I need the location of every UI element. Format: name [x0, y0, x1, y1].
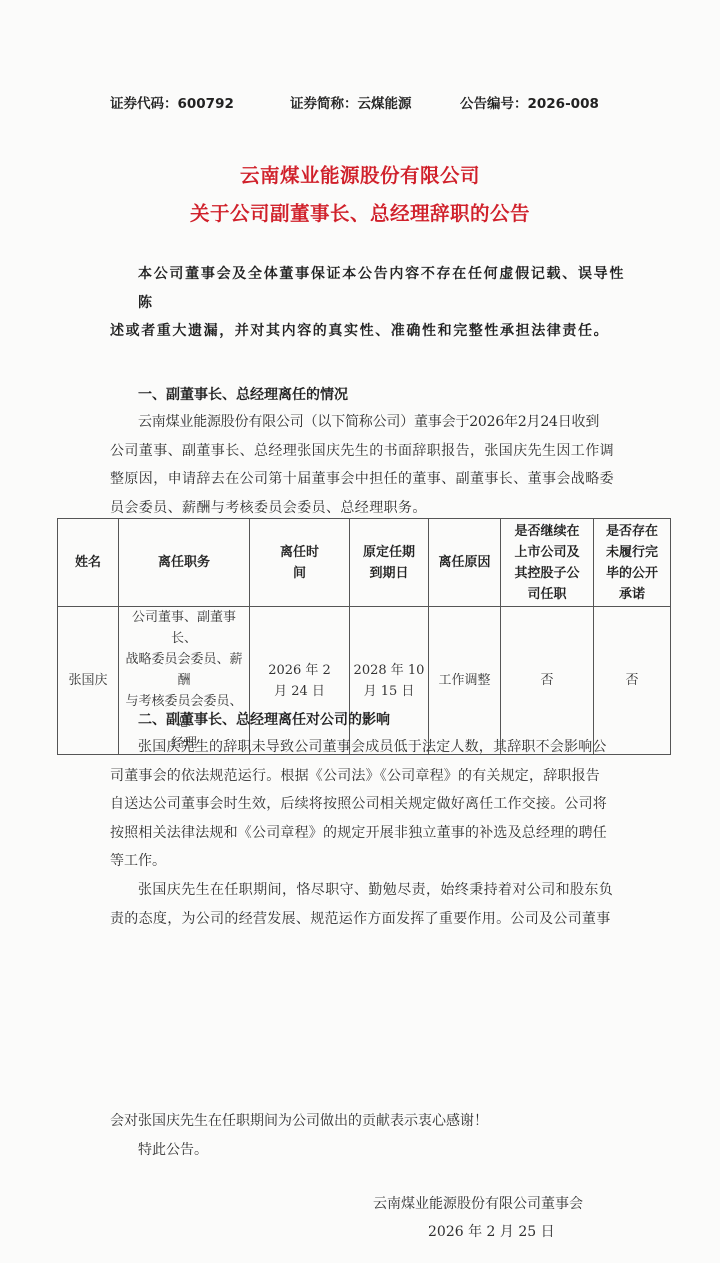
- closing-text: 特此公告。: [138, 1136, 648, 1165]
- signature-organization: 云南煤业能源股份有限公司董事会: [373, 1193, 583, 1213]
- section1-paragraph: 云南煤业能源股份有限公司（以下简称公司）董事会于2026年2月24日收到 公司董…: [110, 408, 622, 522]
- section2-paragraph-1: 张国庆先生的辞职未导致公司董事会成员低于法定人数，其辞职不会影响公 司董事会的依…: [110, 733, 622, 876]
- header-name: 姓名: [58, 519, 119, 607]
- header-position: 离任职务: [119, 519, 250, 607]
- company-title: 云南煤业能源股份有限公司: [0, 160, 720, 188]
- board-statement: 本公司董事会及全体董事保证本公告内容不存在任何虚假记载、误导性陈 述或者重大遗漏…: [110, 260, 625, 346]
- section2-heading: 二、副董事长、总经理离任对公司的影响: [138, 709, 390, 729]
- header-continue-in-company: 是否继续在上市公司及其控股子公司任职: [501, 519, 594, 607]
- header-term-end: 原定任期到期日: [350, 519, 429, 607]
- header-unfulfilled-commitment: 是否存在未履行完毕的公开承诺: [594, 519, 671, 607]
- header-reason: 离任原因: [429, 519, 501, 607]
- table-header-row: 姓名 离任职务 离任时间 原定任期到期日 离任原因 是否继续在上市公司及其控股子…: [58, 519, 671, 607]
- section1-heading: 一、副董事长、总经理离任的情况: [138, 384, 348, 404]
- announcement-meta: 证券代码：600792 证券简称：云煤能源 公告编号：2026-008: [110, 92, 630, 112]
- section2-line: 自送达公司董事会时生效，后续将按照公司相关规定做好离任工作交接。公司将: [110, 790, 622, 819]
- section2-line: 等工作。: [110, 847, 622, 876]
- header-departure-date: 离任时间: [250, 519, 350, 607]
- statement-line-2: 述或者重大遗漏，并对其内容的真实性、准确性和完整性承担法律责任。: [110, 317, 625, 346]
- section2-paragraph-2: 张国庆先生在任职期间，恪尽职守、勤勉尽责，始终秉持着对公司和股东负 责的态度，为…: [110, 876, 622, 933]
- section2-line: 司董事会的依法规范运行。根据《公司法》《公司章程》的有关规定，辞职报告: [110, 762, 622, 791]
- security-abbreviation: 证券简称：云煤能源: [290, 92, 412, 112]
- announcement-number: 公告编号：2026-008: [460, 92, 599, 112]
- security-code: 证券代码：600792: [110, 92, 234, 112]
- section2-line: 责的态度，为公司的经营发展、规范运作方面发挥了重要作用。公司及公司董事: [110, 905, 622, 934]
- statement-line-1: 本公司董事会及全体董事保证本公告内容不存在任何虚假记载、误导性陈: [110, 260, 625, 317]
- section2-line: 按照相关法律法规和《公司章程》的规定开展非独立董事的补选及总经理的聘任: [110, 819, 622, 848]
- section2-paragraph-2-continued: 会对张国庆先生在任职期间为公司做出的贡献表示衷心感谢！: [110, 1107, 620, 1136]
- announcement-title: 关于公司副董事长、总经理辞职的公告: [0, 198, 720, 226]
- section2-line: 张国庆先生的辞职未导致公司董事会成员低于法定人数，其辞职不会影响公: [110, 733, 622, 762]
- section1-line: 云南煤业能源股份有限公司（以下简称公司）董事会于2026年2月24日收到: [110, 408, 622, 437]
- section1-line: 整原因，申请辞去在公司第十届董事会中担任的董事、副董事长、董事会战略委: [110, 465, 622, 494]
- section1-line: 公司董事、副董事长、总经理张国庆先生的书面辞职报告，张国庆先生因工作调: [110, 437, 622, 466]
- section2-line: 张国庆先生在任职期间，恪尽职守、勤勉尽责，始终秉持着对公司和股东负: [110, 876, 622, 905]
- signature-date: 2026 年 2 月 25 日: [428, 1221, 555, 1241]
